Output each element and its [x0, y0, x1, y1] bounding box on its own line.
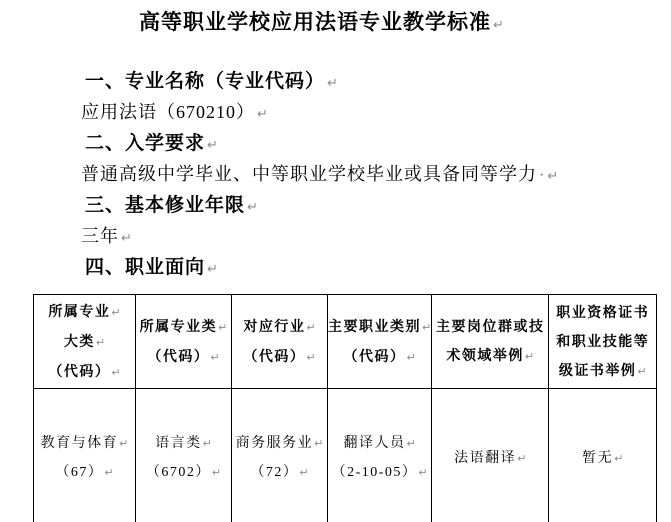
occupation-orientation-table: 所属专业↵大类↵（代码）↵所属专业类↵（代码）↵对应行业↵（代码）↵主要职业类别…: [33, 294, 657, 522]
cell-text: （代码）: [344, 348, 406, 364]
cell-line: （代码）↵: [328, 342, 431, 372]
cell-line: （代码）↵: [136, 342, 231, 372]
paragraph-mark-icon: ↵: [418, 466, 427, 479]
body-paragraph: 普通高级中学毕业、中等职业学校毕业或具备同等学力·↵: [0, 160, 671, 191]
cell-text: 术领域举例: [446, 347, 524, 363]
header-cell: 主要岗位群或技术领域举例↵: [432, 295, 549, 389]
paragraph-mark-icon: ↵: [614, 452, 623, 465]
body-paragraph: 三年↵: [0, 222, 671, 253]
paragraph-mark-icon: ↵: [104, 466, 113, 479]
data-cell: 语言类↵（6702）↵: [136, 389, 232, 522]
section-heading: 一、专业名称（专业代码）↵: [0, 67, 671, 98]
paragraph-mark-icon: ↵: [207, 262, 218, 277]
cell-text: 职业资格证书: [556, 304, 649, 320]
cell-text: 主要职业类别: [328, 318, 421, 334]
document-page: 高等职业学校应用法语专业教学标准↵ 一、专业名称（专业代码）↵应用法语（6702…: [0, 0, 671, 522]
cell-text: 大类: [64, 333, 95, 349]
paragraph-mark-icon: ↵: [306, 351, 315, 364]
paragraph-mark-icon: ↵: [422, 321, 431, 334]
cell-line: 商务服务业↵: [232, 429, 327, 458]
paragraph-mark-icon: ↵: [314, 437, 323, 450]
paragraph-mark-icon: ↵: [525, 350, 534, 363]
header-cell: 对应行业↵（代码）↵: [232, 295, 328, 389]
paragraph-mark-icon: ↵: [210, 351, 219, 364]
cell-line: 主要职业类别↵: [328, 312, 431, 342]
paragraph-mark-icon: ↵: [327, 76, 338, 91]
section-heading: 三、基本修业年限↵: [0, 191, 671, 222]
cell-text: （6702）: [146, 465, 211, 480]
paragraph-text: 二、入学要求: [85, 133, 205, 154]
cell-line: 翻译人员↵: [328, 429, 431, 458]
cell-text: 语言类: [155, 436, 202, 451]
cell-line: （代码）↵: [232, 342, 327, 372]
cell-text: （代码）: [243, 348, 305, 364]
paragraph-text: 一、专业名称（专业代码）: [85, 71, 325, 92]
paragraph-mark-icon: ↵: [247, 200, 258, 215]
paragraph-mark-icon: ↵: [203, 437, 212, 450]
paragraph-text: 四、职业面向: [85, 257, 205, 278]
paragraph-mark-icon: ↵: [407, 437, 416, 450]
cell-line: （6702）↵: [136, 458, 231, 487]
paragraph-mark-icon: ↵: [407, 351, 416, 364]
cell-text: 暂无: [582, 451, 613, 466]
paragraph-mark-icon: ↵: [547, 169, 558, 184]
cell-text: 法语翻译: [454, 451, 516, 466]
paragraph-mark-icon: ↵: [96, 336, 105, 349]
paragraph-mark-icon: ↵: [218, 321, 227, 334]
cell-text: （代码）: [48, 363, 110, 379]
paragraph-mark-icon: ↵: [207, 138, 218, 153]
cell-text: （67）: [55, 465, 103, 480]
cell-text: 主要岗位群或技: [436, 318, 545, 334]
data-cell: 法语翻译↵: [432, 389, 549, 522]
cell-line: 大类↵: [34, 327, 135, 357]
paragraph-mark-icon: ↵: [111, 306, 120, 319]
cell-text: 翻译人员: [344, 436, 406, 451]
cell-line: 对应行业↵: [232, 312, 327, 342]
paragraph-mark-icon: ↵: [111, 366, 120, 379]
document-title: 高等职业学校应用法语专业教学标准↵: [0, 0, 643, 39]
data-cell: 翻译人员↵（2-10-05）↵: [328, 389, 432, 522]
cell-line: 语言类↵: [136, 429, 231, 458]
table-data-row: 教育与体育↵（67）↵语言类↵（6702）↵商务服务业↵（72）↵翻译人员↵（2…: [34, 389, 657, 522]
cell-text: （72）: [250, 465, 298, 480]
paragraph-text: 三年: [81, 226, 119, 246]
paragraph-mark-icon: ↵: [119, 437, 128, 450]
body-paragraph: 应用法语（670210）↵: [0, 98, 671, 129]
cell-text: （2-10-05）: [332, 465, 418, 480]
cell-text: 和职业技能等: [556, 333, 649, 349]
cell-text: 对应行业: [243, 318, 305, 334]
cell-line: 主要岗位群或技: [432, 312, 548, 341]
header-cell: 职业资格证书和职业技能等级证书举例↵: [549, 295, 657, 389]
cell-line: （72）↵: [232, 458, 327, 487]
cell-line: （代码）↵: [34, 357, 135, 387]
space-mark-icon: ·: [539, 167, 545, 184]
cell-text: 级证书举例: [559, 362, 637, 378]
cell-line: 和职业技能等: [549, 327, 656, 356]
cell-line: 所属专业类↵: [136, 312, 231, 342]
cell-line: 术领域举例↵: [432, 341, 548, 371]
paragraph-mark-icon: ↵: [306, 321, 315, 334]
cell-line: 暂无↵: [549, 444, 656, 473]
cell-text: 商务服务业: [236, 436, 314, 451]
paragraph-text: 应用法语（670210）: [81, 102, 255, 122]
paragraph-mark-icon: ↵: [299, 466, 308, 479]
header-cell: 主要职业类别↵（代码）↵: [328, 295, 432, 389]
section-heading: 四、职业面向↵: [0, 253, 671, 284]
cell-text: （代码）: [147, 348, 209, 364]
cell-text: 所属专业类: [140, 318, 218, 334]
cell-line: （2-10-05）↵: [328, 458, 431, 487]
document-body: 一、专业名称（专业代码）↵应用法语（670210）↵二、入学要求↵普通高级中学毕…: [0, 67, 671, 284]
cell-line: 教育与体育↵: [34, 429, 135, 458]
paragraph-mark-icon: ↵: [257, 107, 268, 122]
data-cell: 教育与体育↵（67）↵: [34, 389, 136, 522]
table-header-row: 所属专业↵大类↵（代码）↵所属专业类↵（代码）↵对应行业↵（代码）↵主要职业类别…: [34, 295, 657, 389]
cell-line: 职业资格证书: [549, 298, 656, 327]
header-cell: 所属专业类↵（代码）↵: [136, 295, 232, 389]
paragraph-mark-icon: ↵: [121, 231, 132, 246]
paragraph-mark-icon: ↵: [517, 452, 526, 465]
cell-text: 所属专业: [48, 303, 110, 319]
cell-text: 教育与体育: [41, 436, 119, 451]
paragraph-mark-icon: ↵: [493, 18, 504, 33]
paragraph-text: 普通高级中学毕业、中等职业学校毕业或具备同等学力: [81, 164, 537, 184]
cell-line: 法语翻译↵: [432, 444, 548, 473]
header-cell: 所属专业↵大类↵（代码）↵: [34, 295, 136, 389]
cell-line: 级证书举例↵: [549, 356, 656, 386]
cell-line: （67）↵: [34, 458, 135, 487]
cell-line: 所属专业↵: [34, 297, 135, 327]
data-cell: 商务服务业↵（72）↵: [232, 389, 328, 522]
section-heading: 二、入学要求↵: [0, 129, 671, 160]
paragraph-mark-icon: ↵: [212, 466, 221, 479]
paragraph-text: 三、基本修业年限: [85, 195, 245, 216]
data-cell: 暂无↵: [549, 389, 657, 522]
paragraph-mark-icon: ↵: [637, 365, 646, 378]
document-title-text: 高等职业学校应用法语专业教学标准: [139, 11, 491, 34]
